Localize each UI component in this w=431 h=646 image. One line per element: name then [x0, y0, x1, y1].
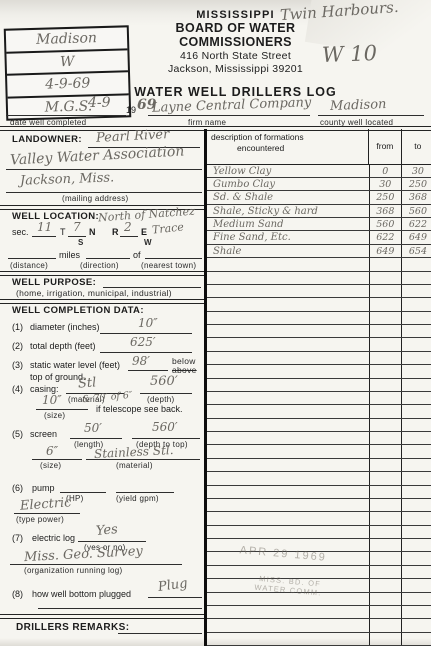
of-label: of [133, 250, 141, 260]
formation-to-cell [402, 405, 431, 417]
direction-line [86, 258, 130, 259]
formation-row [207, 606, 431, 619]
handwritten-date-completed: 4-9 [88, 95, 111, 111]
miles-label: miles [59, 250, 80, 260]
range-line [120, 236, 138, 237]
formation-description-cell: Shale [207, 245, 370, 257]
screen-size-line [32, 459, 82, 460]
formation-from-cell [370, 272, 402, 284]
item1-number: (1) [12, 322, 23, 332]
handwritten-township: 7 [73, 220, 81, 234]
south-option: S [78, 238, 84, 247]
handwritten-pump-power: Electric [20, 495, 72, 514]
formation-description-cell [207, 459, 370, 471]
formation-from-cell [370, 258, 402, 270]
formation-description-cell: Medium Sand [207, 218, 370, 230]
formation-description-cell [207, 619, 370, 631]
formation-description-cell: Sd. & Shale [207, 191, 370, 203]
formation-from-cell [370, 472, 402, 484]
formation-to-cell: 250 [402, 178, 431, 190]
handwritten-screen-depth: 560′ [152, 420, 178, 434]
org-name-line2: BOARD OF WATER COMMISSIONERS [118, 21, 353, 49]
formation-to-cell [402, 445, 431, 457]
formation-to-cell: 654 [402, 245, 431, 257]
formation-from-cell [370, 379, 402, 391]
formation-to-cell [402, 633, 431, 645]
formation-from-cell [370, 419, 402, 431]
bottom-plug-line-2 [38, 608, 202, 609]
formation-to-cell [402, 486, 431, 498]
formations-to-header: to [402, 129, 431, 164]
formation-to-cell [402, 499, 431, 511]
formation-to-cell: 368 [402, 191, 431, 203]
formation-row [207, 459, 431, 472]
item2-number: (2) [12, 341, 23, 351]
item6-label: pump [32, 483, 55, 493]
formation-from-cell [370, 352, 402, 364]
item2-label: total depth (feet) [30, 341, 96, 351]
formation-description-cell [207, 285, 370, 297]
formations-from-header: from [369, 129, 401, 164]
formation-to-cell: 649 [402, 231, 431, 243]
formation-row: Shale, Sticky & hard368560 [207, 205, 431, 218]
north-label: N [89, 227, 96, 237]
formation-from-cell [370, 579, 402, 591]
sec-label: sec. [12, 227, 29, 237]
water-well-drillers-log-form: Madison W 4-9-69 M.G.S. MISSISSIPPI BOAR… [0, 0, 431, 646]
formation-description-cell [207, 379, 370, 391]
formation-from-cell [370, 285, 402, 297]
formation-to-cell [402, 432, 431, 444]
formation-to-cell [402, 285, 431, 297]
formation-row [207, 512, 431, 525]
divider [0, 299, 205, 304]
formation-from-cell [370, 486, 402, 498]
log-organization-line [10, 564, 182, 565]
bottom-plug-line-1 [148, 597, 202, 598]
formation-from-cell [370, 365, 402, 377]
formation-from-cell [370, 619, 402, 631]
handwritten-diameter: 10″ [138, 316, 158, 330]
formation-row [207, 325, 431, 338]
total-depth-line [100, 352, 192, 353]
formation-from-cell: 30 [370, 178, 402, 190]
township-label: T [60, 227, 66, 237]
formation-from-cell: 622 [370, 231, 402, 243]
formation-from-cell: 0 [370, 165, 402, 177]
formation-row [207, 619, 431, 632]
handwritten-casing-size: 10″ [42, 393, 62, 407]
handwritten-casing-depth: 560′ [150, 374, 178, 389]
formation-from-cell [370, 566, 402, 578]
formation-description-cell [207, 486, 370, 498]
handwritten-total-depth: 625′ [130, 335, 156, 349]
formation-description-cell [207, 405, 370, 417]
handwritten-well-number: W 10 [322, 41, 378, 67]
formation-row [207, 419, 431, 432]
formation-row [207, 298, 431, 311]
formation-to-cell [402, 593, 431, 605]
formation-row: Gumbo Clay30250 [207, 178, 431, 191]
drillers-remarks-label: DRILLERS REMARKS: [16, 622, 129, 633]
handwritten-electric-log-answer: Yes [95, 522, 118, 539]
handwritten-mailing-address: Jackson, Miss. [20, 170, 115, 188]
mailing-address-label: (mailing address) [62, 194, 128, 203]
formation-row [207, 352, 431, 365]
formation-description-cell [207, 526, 370, 538]
formation-row [207, 365, 431, 378]
screen-material-line [86, 459, 200, 460]
formation-to-cell [402, 512, 431, 524]
formation-row [207, 272, 431, 285]
formations-description-header-line2: encountered [211, 143, 368, 154]
direction-label: (direction) [80, 261, 119, 270]
pump-power-label: (type power) [16, 515, 64, 524]
formation-description-cell [207, 419, 370, 431]
handwritten-location-2: Trace [151, 220, 184, 236]
item7-label: electric log [32, 533, 75, 543]
formation-to-cell: 622 [402, 218, 431, 230]
formation-row [207, 338, 431, 351]
nearest-town-label: (nearest town) [141, 261, 196, 270]
formation-from-cell [370, 338, 402, 350]
handwritten-county: Madison [330, 97, 387, 114]
casing-depth-label: (depth) [147, 395, 174, 404]
formation-from-cell [370, 593, 402, 605]
formation-to-cell [402, 298, 431, 310]
pump-power-line [14, 513, 80, 514]
formation-description-cell [207, 499, 370, 511]
formation-description-cell [207, 312, 370, 324]
west-option: W [144, 238, 152, 247]
formation-description-cell: Fine Sand, Etc. [207, 231, 370, 243]
formation-to-cell [402, 258, 431, 270]
casing-size-label: (size) [44, 411, 65, 420]
formation-to-cell [402, 539, 431, 551]
formation-to-cell: 30 [402, 165, 431, 177]
date-line [6, 115, 126, 116]
casing-depth-line [140, 393, 192, 394]
formation-to-cell [402, 419, 431, 431]
formation-description-cell [207, 325, 370, 337]
formation-from-cell [370, 459, 402, 471]
distance-label: (distance) [10, 261, 48, 270]
formation-to-cell [402, 459, 431, 471]
formation-to-cell [402, 338, 431, 350]
handwritten-landowner-2: Valley Water Association [10, 143, 185, 168]
handwritten-section: 11 [37, 220, 52, 234]
formation-row: Medium Sand560622 [207, 218, 431, 231]
remarks-line [118, 633, 202, 634]
formation-from-cell: 560 [370, 218, 402, 230]
formation-row [207, 405, 431, 418]
well-location-label: WELL LOCATION: [12, 211, 99, 222]
formation-row: Yellow Clay030 [207, 165, 431, 178]
formation-from-cell [370, 432, 402, 444]
stamp-county: Madison [36, 30, 97, 48]
handwritten-screen-length: 50′ [84, 421, 102, 435]
formation-row [207, 526, 431, 539]
formation-to-cell [402, 379, 431, 391]
formation-to-cell [402, 325, 431, 337]
item5-number: (5) [12, 429, 23, 439]
formation-row [207, 392, 431, 405]
formation-to-cell [402, 272, 431, 284]
screen-depth-line [132, 438, 200, 439]
formation-row: Sd. & Shale250368 [207, 191, 431, 204]
formation-description-cell [207, 432, 370, 444]
item6-number: (6) [12, 483, 23, 493]
item4-number: (4) [12, 384, 23, 394]
formation-to-cell [402, 566, 431, 578]
formation-description-cell [207, 633, 370, 645]
screen-material-label: (material) [116, 461, 153, 470]
formation-row [207, 633, 431, 646]
formation-description-cell [207, 392, 370, 404]
handwritten-screen-size: 6″ [46, 444, 58, 458]
formation-row [207, 472, 431, 485]
formation-from-cell [370, 633, 402, 645]
formation-from-cell [370, 606, 402, 618]
formation-row [207, 432, 431, 445]
handwritten-range: 2 [124, 220, 132, 234]
well-purpose-label: WELL PURPOSE: [12, 277, 96, 288]
org-address-street: 416 North State Street [118, 50, 353, 62]
telescope-note: if telescope see back. [96, 404, 183, 414]
formation-from-cell [370, 325, 402, 337]
handwritten-bottom-plug: Plug [157, 576, 188, 595]
formation-to-cell [402, 526, 431, 538]
mailing-address-line [6, 192, 202, 193]
pump-hp-line [60, 492, 106, 493]
handwritten-landowner-1: Pearl River [96, 127, 170, 146]
formation-from-cell [370, 499, 402, 511]
diameter-line [100, 333, 192, 334]
formation-row [207, 379, 431, 392]
well-purpose-hint: (home, irrigation, municipal, industrial… [16, 288, 172, 298]
formation-from-cell [370, 539, 402, 551]
handwritten-casing-material: Stl [77, 375, 96, 391]
formation-description-cell [207, 445, 370, 457]
formation-from-cell [370, 445, 402, 457]
item1-label: diameter (inches) [30, 322, 100, 332]
formation-description-cell [207, 352, 370, 364]
formation-from-cell [370, 392, 402, 404]
formation-row: Fine Sand, Etc.622649 [207, 231, 431, 244]
form-header: MISSISSIPPI BOARD OF WATER COMMISSIONERS… [118, 9, 353, 99]
formation-description-cell [207, 258, 370, 270]
formation-from-cell [370, 552, 402, 564]
formation-row [207, 285, 431, 298]
landowner-label: LANDOWNER: [12, 134, 82, 145]
pump-yield-line [116, 492, 174, 493]
static-level-line [128, 370, 168, 371]
corner-filing-stamp: Madison W 4-9-69 M.G.S. [4, 25, 132, 120]
formation-to-cell [402, 472, 431, 484]
formation-description-cell [207, 298, 370, 310]
formations-table-header: description of formations encountered fr… [207, 129, 431, 165]
formation-to-cell [402, 579, 431, 591]
formation-from-cell: 649 [370, 245, 402, 257]
formation-description-cell: Yellow Clay [207, 165, 370, 177]
item7-number: (7) [12, 533, 23, 543]
formation-to-cell [402, 552, 431, 564]
handwritten-log-organization: Miss. Geo. Survey [24, 544, 144, 565]
county-line [318, 115, 424, 116]
section-line [32, 236, 56, 237]
formation-description-cell [207, 606, 370, 618]
casing-size-line [36, 409, 88, 410]
formation-from-cell [370, 312, 402, 324]
formation-row [207, 445, 431, 458]
divider [0, 614, 205, 619]
formation-description-cell: Shale, Sticky & hard [207, 205, 370, 217]
item8-number: (8) [12, 589, 23, 599]
electric-log-line [78, 541, 146, 542]
range-label: R [112, 227, 119, 237]
distance-line [8, 258, 56, 259]
formation-description-cell [207, 512, 370, 524]
formations-description-header-line1: description of formations [211, 132, 368, 143]
item3-number: (3) [12, 360, 23, 370]
log-organization-label: (organization running log) [24, 566, 123, 575]
township-line [68, 236, 86, 237]
formation-row [207, 258, 431, 271]
stamp-initials: M.G.S. [44, 98, 92, 115]
completion-data-label: WELL COMPLETION DATA: [12, 305, 144, 316]
formation-row [207, 312, 431, 325]
formation-row [207, 486, 431, 499]
formation-description-cell [207, 272, 370, 284]
item8-label: how well bottom plugged [32, 589, 131, 599]
formation-description-cell [207, 365, 370, 377]
year-prefix: 19 [126, 105, 136, 115]
formation-to-cell [402, 606, 431, 618]
handwritten-static-level: 98′ [132, 354, 150, 368]
formation-description-cell: Gumbo Clay [207, 178, 370, 190]
divider [0, 271, 205, 276]
formation-to-cell [402, 392, 431, 404]
formation-from-cell [370, 526, 402, 538]
stamp-date: 4-9-69 [45, 76, 91, 93]
screen-length-line [70, 438, 122, 439]
formation-to-cell [402, 365, 431, 377]
formation-from-cell: 368 [370, 205, 402, 217]
formation-from-cell [370, 298, 402, 310]
received-date-stamp: APR 29 1969 MISS. BD. OF WATER COMM. [236, 544, 327, 597]
formation-from-cell [370, 405, 402, 417]
firm-name-line [148, 115, 310, 116]
nearest-town-line [145, 258, 202, 259]
east-label: E [141, 227, 147, 237]
formation-row [207, 499, 431, 512]
formation-to-cell [402, 619, 431, 631]
formation-description-cell [207, 338, 370, 350]
formation-row: Shale649654 [207, 245, 431, 258]
formation-to-cell [402, 352, 431, 364]
item3-label: static water level (feet) [30, 360, 120, 370]
formation-from-cell: 250 [370, 191, 402, 203]
formations-description-header: description of formations encountered [207, 129, 369, 164]
pump-yield-label: (yield gpm) [116, 494, 159, 503]
formation-from-cell [370, 512, 402, 524]
formation-to-cell [402, 312, 431, 324]
formation-description-cell [207, 472, 370, 484]
stamp-class: W [60, 54, 75, 70]
org-address-city: Jackson, Mississippi 39201 [118, 63, 353, 75]
formation-to-cell: 560 [402, 205, 431, 217]
item5-label: screen [30, 429, 57, 439]
screen-size-label: (size) [40, 461, 61, 470]
